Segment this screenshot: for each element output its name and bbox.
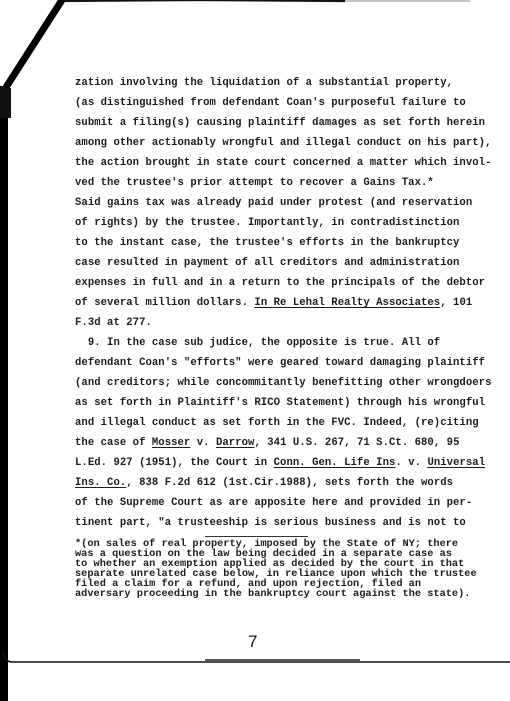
text-run: of several million dollars. [75, 297, 254, 309]
body-line: zation involving the liquidation of a su… [75, 77, 453, 89]
body-line: to the instant case, the trustee's effor… [75, 237, 459, 249]
body-line: and illegal conduct as set forth in the … [75, 417, 479, 429]
text-run: L.Ed. 927 (1951), the Court in [75, 457, 274, 469]
footnote-line: adversary proceeding in the bankruptcy c… [75, 589, 470, 599]
body-line: the action brought in state court concer… [75, 157, 491, 169]
body-line: defendant Coan's "efforts" were geared t… [75, 357, 485, 369]
body-line: as set forth in Plaintiff's RICO Stateme… [75, 397, 485, 409]
body-line-citation: of several million dollars. In Re Lehal … [75, 297, 472, 309]
body-line: Said gains tax was already paid under pr… [75, 197, 472, 209]
text-run: , 101 [440, 297, 472, 309]
body-line: of rights) by the trustee. Importantly, … [75, 217, 459, 229]
body-line-citation: Ins. Co., 838 F.2d 612 (1st.Cir.1988), s… [75, 477, 453, 489]
text-run: , 838 F.2d 612 (1st.Cir.1988), sets fort… [126, 477, 453, 489]
case-citation: Mosser [152, 437, 190, 449]
case-citation: Darrow [216, 437, 254, 449]
body-line: (and creditors; while concommitantly ben… [75, 377, 491, 389]
case-citation: Ins. Co. [75, 477, 126, 489]
body-line-citation: L.Ed. 927 (1951), the Court in Conn. Gen… [75, 457, 485, 469]
body-line: tinent part, "a trusteeship is serious b… [75, 517, 466, 529]
footnote-separator [205, 536, 308, 537]
text-run: , 341 U.S. 267, 71 S.Ct. 680, 95 [254, 437, 459, 449]
text-run: v. [190, 437, 216, 449]
body-line: of the Supreme Court as are apposite her… [75, 497, 472, 509]
body-line: expenses in full and in a return to the … [75, 277, 485, 289]
body-line: case resulted in payment of all creditor… [75, 257, 459, 269]
body-line: submit a filing(s) causing plaintiff dam… [75, 117, 485, 129]
text-run: . v. [395, 457, 427, 469]
text-run: the case of [75, 437, 152, 449]
body-line: ved the trustee's prior attempt to recov… [75, 177, 434, 189]
body-line-citation: the case of Mosser v. Darrow, 341 U.S. 2… [75, 437, 459, 449]
page-number: 7 [248, 632, 257, 652]
document-page: zation involving the liquidation of a su… [0, 0, 510, 701]
case-citation: Conn. Gen. Life Ins [274, 457, 396, 469]
body-line: F.3d at 277. [75, 317, 152, 329]
paragraph-9-start: 9. In the case sub judice, the opposite … [75, 337, 440, 349]
case-citation: In Re Lehal Realty Associates [254, 297, 440, 309]
body-line: among other actionably wrongful and ille… [75, 137, 491, 149]
case-citation: Universal [427, 457, 485, 469]
body-line: (as distinguished from defendant Coan's … [75, 97, 466, 109]
